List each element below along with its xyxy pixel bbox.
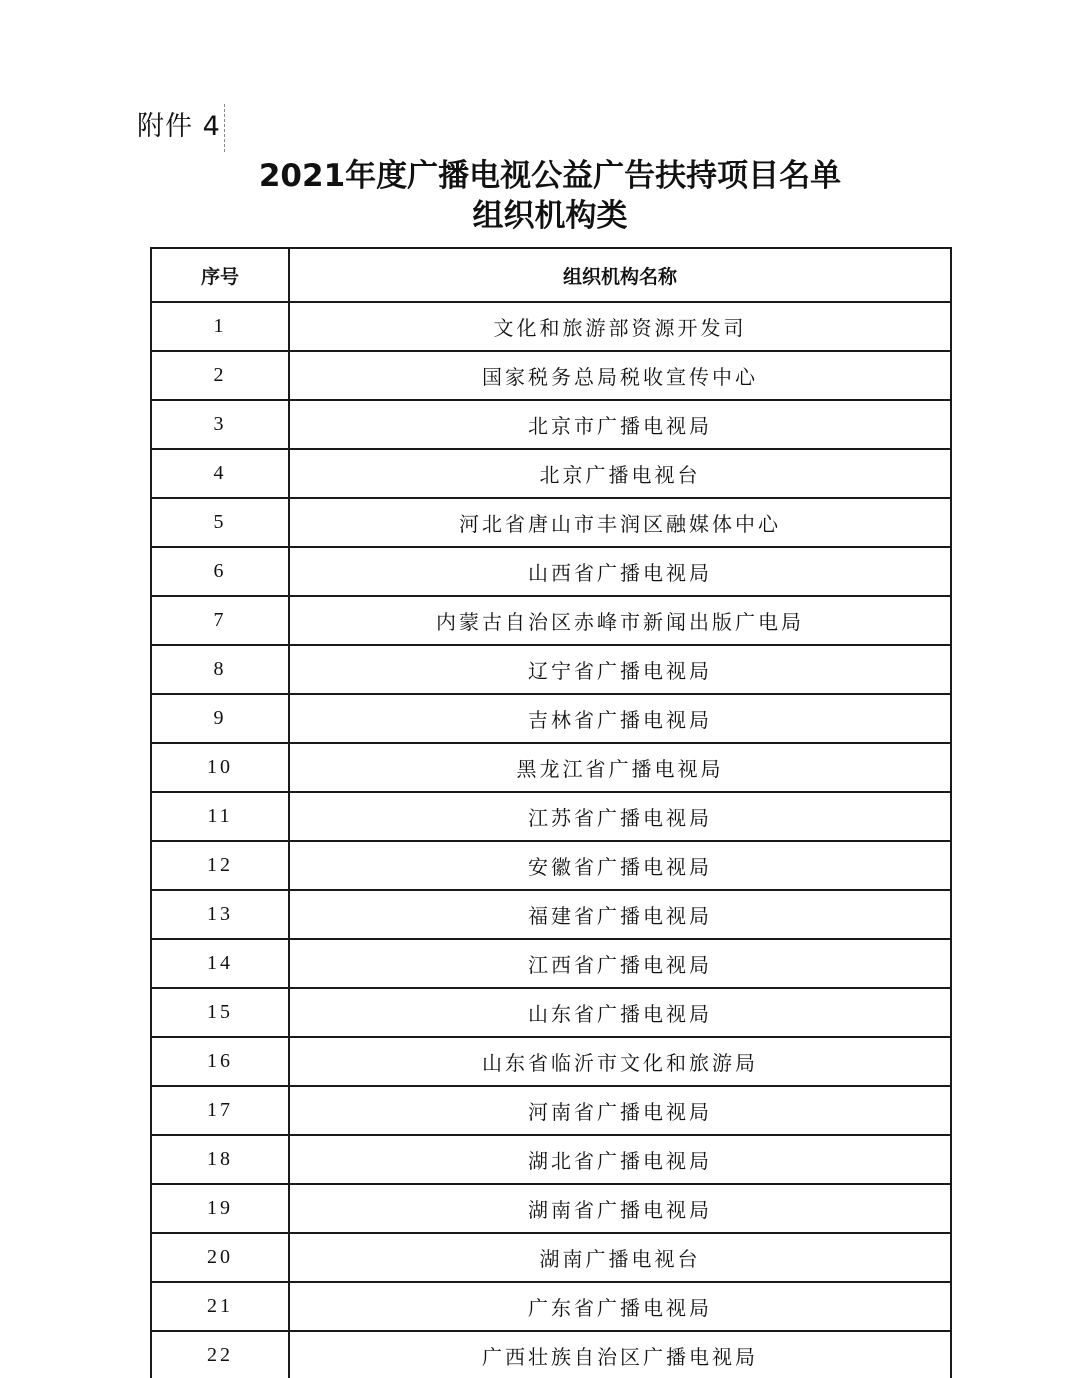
row-index: 14 [151, 939, 289, 988]
row-index: 6 [151, 547, 289, 596]
row-index: 21 [151, 1282, 289, 1331]
table-row: 14江西省广播电视局 [151, 939, 951, 988]
table-row: 21广东省广播电视局 [151, 1282, 951, 1331]
table-row: 1文化和旅游部资源开发司 [151, 302, 951, 351]
table-row: 18湖北省广播电视局 [151, 1135, 951, 1184]
table-row: 2国家税务总局税收宣传中心 [151, 351, 951, 400]
table-row: 17河南省广播电视局 [151, 1086, 951, 1135]
table-row: 9吉林省广播电视局 [151, 694, 951, 743]
document-subtitle: 组织机构类 [0, 196, 1080, 236]
row-index: 17 [151, 1086, 289, 1135]
row-index: 20 [151, 1233, 289, 1282]
row-organization-name: 吉林省广播电视局 [289, 694, 951, 743]
row-organization-name: 山东省临沂市文化和旅游局 [289, 1037, 951, 1086]
table-row: 6山西省广播电视局 [151, 547, 951, 596]
table-header-row: 序号 组织机构名称 [151, 248, 951, 302]
table-row: 8辽宁省广播电视局 [151, 645, 951, 694]
row-organization-name: 北京广播电视台 [289, 449, 951, 498]
row-index: 7 [151, 596, 289, 645]
row-organization-name: 内蒙古自治区赤峰市新闻出版广电局 [289, 596, 951, 645]
table-row: 20湖南广播电视台 [151, 1233, 951, 1282]
table-row: 4北京广播电视台 [151, 449, 951, 498]
row-index: 3 [151, 400, 289, 449]
table-row: 19湖南省广播电视局 [151, 1184, 951, 1233]
header-organization-name: 组织机构名称 [289, 248, 951, 302]
row-index: 15 [151, 988, 289, 1037]
row-organization-name: 福建省广播电视局 [289, 890, 951, 939]
row-organization-name: 辽宁省广播电视局 [289, 645, 951, 694]
table-row: 15山东省广播电视局 [151, 988, 951, 1037]
row-index: 11 [151, 792, 289, 841]
row-organization-name: 山东省广播电视局 [289, 988, 951, 1037]
table-row: 7内蒙古自治区赤峰市新闻出版广电局 [151, 596, 951, 645]
document-title: 2021年度广播电视公益广告扶持项目名单 [0, 156, 1080, 196]
row-index: 2 [151, 351, 289, 400]
table-row: 5河北省唐山市丰润区融媒体中心 [151, 498, 951, 547]
row-organization-name: 山西省广播电视局 [289, 547, 951, 596]
scan-mark-divider [224, 104, 226, 152]
header-index: 序号 [151, 248, 289, 302]
row-index: 8 [151, 645, 289, 694]
row-organization-name: 河南省广播电视局 [289, 1086, 951, 1135]
row-index: 4 [151, 449, 289, 498]
row-index: 16 [151, 1037, 289, 1086]
row-organization-name: 江苏省广播电视局 [289, 792, 951, 841]
table-row: 10黑龙江省广播电视局 [151, 743, 951, 792]
table-row: 12安徽省广播电视局 [151, 841, 951, 890]
row-index: 19 [151, 1184, 289, 1233]
row-index: 9 [151, 694, 289, 743]
organization-list-table: 序号 组织机构名称 1文化和旅游部资源开发司 2国家税务总局税收宣传中心 3北京… [150, 247, 952, 1378]
row-organization-name: 湖南省广播电视局 [289, 1184, 951, 1233]
row-index: 10 [151, 743, 289, 792]
attachment-label: 附件 4 [137, 104, 221, 143]
row-index: 1 [151, 302, 289, 351]
row-organization-name: 广西壮族自治区广播电视局 [289, 1331, 951, 1378]
row-organization-name: 河北省唐山市丰润区融媒体中心 [289, 498, 951, 547]
row-index: 22 [151, 1331, 289, 1378]
row-index: 13 [151, 890, 289, 939]
row-organization-name: 北京市广播电视局 [289, 400, 951, 449]
row-index: 18 [151, 1135, 289, 1184]
row-organization-name: 文化和旅游部资源开发司 [289, 302, 951, 351]
row-index: 12 [151, 841, 289, 890]
row-organization-name: 湖南广播电视台 [289, 1233, 951, 1282]
row-organization-name: 湖北省广播电视局 [289, 1135, 951, 1184]
row-organization-name: 广东省广播电视局 [289, 1282, 951, 1331]
table-row: 22广西壮族自治区广播电视局 [151, 1331, 951, 1378]
row-organization-name: 江西省广播电视局 [289, 939, 951, 988]
row-organization-name: 国家税务总局税收宣传中心 [289, 351, 951, 400]
table-row: 11江苏省广播电视局 [151, 792, 951, 841]
row-organization-name: 安徽省广播电视局 [289, 841, 951, 890]
row-organization-name: 黑龙江省广播电视局 [289, 743, 951, 792]
table-row: 16山东省临沂市文化和旅游局 [151, 1037, 951, 1086]
table-row: 13福建省广播电视局 [151, 890, 951, 939]
table-row: 3北京市广播电视局 [151, 400, 951, 449]
row-index: 5 [151, 498, 289, 547]
